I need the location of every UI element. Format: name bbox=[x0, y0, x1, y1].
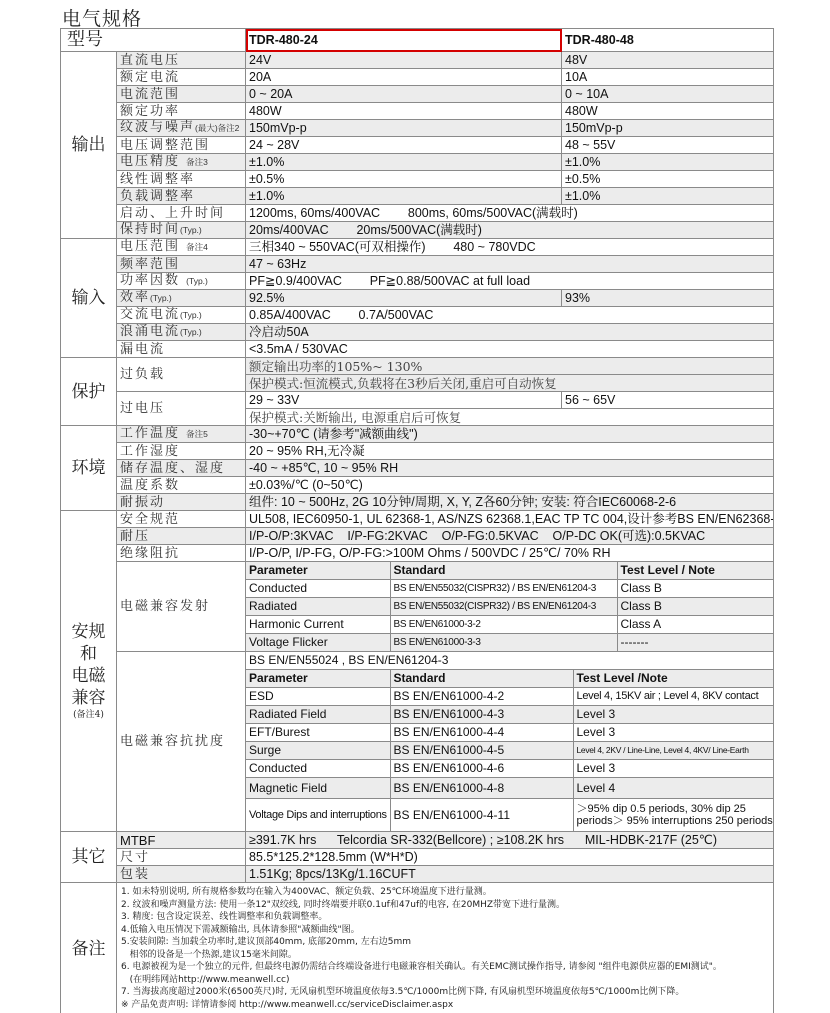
row-label: 线性调整率 bbox=[117, 171, 246, 188]
row-label: 交流电流(Typ.) bbox=[117, 307, 246, 324]
note-line: 6. 电源被视为是一个独立的元件, 但最终电源仍需结合终端设备进行电磁兼容相关确… bbox=[121, 961, 769, 974]
category-others: 其它 bbox=[61, 832, 117, 883]
value-b: 56 ~ 65V bbox=[562, 392, 774, 409]
emc-standard: BS EN/EN61000-4-6 bbox=[390, 760, 573, 778]
value-b: 10A bbox=[562, 69, 774, 86]
emc-level: Class B bbox=[617, 598, 773, 616]
value-b: 48V bbox=[562, 52, 774, 69]
row-note: (最大)备注2 bbox=[195, 123, 239, 133]
emc-standard: BS EN/EN61000-3-3 bbox=[390, 634, 617, 652]
note-line: 5.安装间隙: 当加载全功率时,建议顶部40mm, 底部20mm, 左右边5mm bbox=[121, 936, 769, 949]
emc-row: Radiated Field BS EN/EN61000-4-3 Level 3 bbox=[246, 706, 773, 724]
note-line: 1. 如未特别说明, 所有规格参数均在输入为400VAC、额定负载、25℃环境温… bbox=[121, 886, 769, 899]
row-label: 漏电流 bbox=[117, 341, 246, 358]
emc-row: Voltage Dips and interruptions BS EN/EN6… bbox=[246, 799, 773, 832]
row-label: 过电压 bbox=[117, 392, 246, 426]
note-line: ※ 产品免责声明: 详情请参阅 http://www.meanwell.cc/s… bbox=[121, 999, 769, 1012]
category-notes: 备注 bbox=[61, 883, 117, 1013]
row-label: 电压调整范围 bbox=[117, 137, 246, 154]
value-a: 150mVp-p bbox=[246, 120, 562, 137]
spec-row: 绝缘阻抗 I/P-O/P, I/P-FG, O/P-FG:>100M Ohms … bbox=[61, 545, 774, 562]
row-note: 备注3 bbox=[186, 157, 208, 167]
spec-row: 安规和 电磁 兼容 (备注4) 安全规范 UL508, IEC60950-1, … bbox=[61, 511, 774, 528]
value-a: 24 ~ 28V bbox=[246, 137, 562, 154]
emc-parameter: Radiated Field bbox=[246, 706, 390, 724]
value-shared: 三相340 ~ 550VAC(可双相操作) 480 ~ 780VDC bbox=[246, 239, 774, 256]
emc-level-line: ＞95% dip 0.5 periods, 30% dip 25 bbox=[577, 803, 746, 815]
row-label-text: 工作温度 bbox=[120, 426, 180, 441]
model-b-cell: TDR-480-48 bbox=[562, 29, 774, 52]
emc-row: Voltage Flicker BS EN/EN61000-3-3 ------… bbox=[246, 634, 773, 652]
spec-row: 输入 电压范围 备注4 三相340 ~ 550VAC(可双相操作) 480 ~ … bbox=[61, 239, 774, 256]
category-text: 兼容 bbox=[72, 688, 106, 708]
spec-row: 耐振动 组件: 10 ~ 500Hz, 2G 10分钟/周期, X, Y, Z各… bbox=[61, 494, 774, 511]
spec-row: 储存温度、湿度 -40 ~ +85℃, 10 ~ 95% RH bbox=[61, 460, 774, 477]
row-label: 直流电压 bbox=[117, 52, 246, 69]
emc-parameter: Harmonic Current bbox=[246, 616, 390, 634]
category-safety-emc: 安规和 电磁 兼容 (备注4) bbox=[61, 511, 117, 832]
row-label: 尺寸 bbox=[117, 849, 246, 866]
spec-row: 保持时间(Typ.) 20ms/400VAC 20ms/500VAC(满载时) bbox=[61, 222, 774, 239]
value-b: 0 ~ 10A bbox=[562, 86, 774, 103]
emc-parameter: Conducted bbox=[246, 760, 390, 778]
emc-level: Class B bbox=[617, 580, 773, 598]
emc-parameter: Voltage Flicker bbox=[246, 634, 390, 652]
emc-emission-table-cell: Parameter Standard Test Level / Note Con… bbox=[246, 562, 774, 652]
row-note: (Typ.) bbox=[186, 276, 208, 286]
category-environment: 环境 bbox=[61, 426, 117, 511]
spec-row: 电压精度 备注3 ±1.0% ±1.0% bbox=[61, 154, 774, 171]
value-shared: 20ms/400VAC 20ms/500VAC(满载时) bbox=[246, 222, 774, 239]
emc-parameter: ESD bbox=[246, 688, 390, 706]
value-b: 150mVp-p bbox=[562, 120, 774, 137]
spec-row: 交流电流(Typ.) 0.85A/400VAC 0.7A/500VAC bbox=[61, 307, 774, 324]
emc-level: ------- bbox=[617, 634, 773, 652]
spec-row: 环境 工作温度 备注5 -30~+70℃ (请参考"减额曲线") bbox=[61, 426, 774, 443]
row-label: 电压范围 备注4 bbox=[117, 239, 246, 256]
emc-emission-row: 电磁兼容发射 Parameter Standard Test Level / N… bbox=[61, 562, 774, 652]
emc-immunity-table-cell: BS EN/EN55024 , BS EN/EN61204-3 Paramete… bbox=[246, 652, 774, 832]
value-shared: ±0.03%/℃ (0~50℃) bbox=[246, 477, 774, 494]
emc-standard: BS EN/EN61000-4-5 bbox=[390, 742, 573, 760]
value-a: 480W bbox=[246, 103, 562, 120]
row-label-text: 浪涌电流 bbox=[120, 324, 180, 339]
emc-standard: BS EN/EN55032(CISPR32) / BS EN/EN61204-3 bbox=[390, 580, 617, 598]
spec-row: 启动、上升时间 1200ms, 60ms/400VAC 800ms, 60ms/… bbox=[61, 205, 774, 222]
row-label: 电磁兼容抗扰度 bbox=[117, 652, 246, 832]
value-shared: 1.51Kg; 8pcs/13Kg/1.16CUFT bbox=[246, 866, 774, 883]
emc-header-row: Parameter Standard Test Level /Note bbox=[246, 670, 773, 688]
row-label: 耐振动 bbox=[117, 494, 246, 511]
spec-row: 效率(Typ.) 92.5% 93% bbox=[61, 290, 774, 307]
emc-level-line: periods＞ 95% interruptions 250 periods bbox=[577, 815, 773, 827]
emc-level: ＞95% dip 0.5 periods, 30% dip 25periods＞… bbox=[573, 799, 773, 832]
emc-standard: BS EN/EN61000-4-2 bbox=[390, 688, 573, 706]
spec-row: 负载调整率 ±1.0% ±1.0% bbox=[61, 188, 774, 205]
emc-header-row: Parameter Standard Test Level / Note bbox=[246, 562, 773, 580]
spec-row: 输出 直流电压 24V 48V bbox=[61, 52, 774, 69]
value-a: 29 ~ 33V bbox=[246, 392, 562, 409]
note-line: 4.低输入电压情况下需减额输出, 具体请参照"减额曲线"图。 bbox=[121, 924, 769, 937]
row-label: 工作温度 备注5 bbox=[117, 426, 246, 443]
emc-emission-table: Parameter Standard Test Level / Note Con… bbox=[246, 562, 773, 651]
row-label-text: 功率因数 bbox=[120, 273, 180, 288]
row-label: 储存温度、湿度 bbox=[117, 460, 246, 477]
row-label-text: 纹波与噪声 bbox=[120, 120, 195, 135]
category-protection: 保护 bbox=[61, 358, 117, 426]
row-label: 工作湿度 bbox=[117, 443, 246, 460]
row-label: 效率(Typ.) bbox=[117, 290, 246, 307]
column-header: Parameter bbox=[246, 562, 390, 580]
row-label: 负载调整率 bbox=[117, 188, 246, 205]
emc-row: Conducted BS EN/EN55032(CISPR32) / BS EN… bbox=[246, 580, 773, 598]
row-label: 电流范围 bbox=[117, 86, 246, 103]
emc-parameter: Surge bbox=[246, 742, 390, 760]
value-b: 48 ~ 55V bbox=[562, 137, 774, 154]
value-b: ±1.0% bbox=[562, 154, 774, 171]
row-label: 功率因数 (Typ.) bbox=[117, 273, 246, 290]
emc-row: ESD BS EN/EN61000-4-2 Level 4, 15KV air … bbox=[246, 688, 773, 706]
spec-row: 工作湿度 20 ~ 95% RH,无冷凝 bbox=[61, 443, 774, 460]
emc-parameter: Magnetic Field bbox=[246, 778, 390, 799]
emc-row: Radiated BS EN/EN55032(CISPR32) / BS EN/… bbox=[246, 598, 773, 616]
emc-parameter: EFT/Burest bbox=[246, 724, 390, 742]
value-a: 92.5% bbox=[246, 290, 562, 307]
note-line: 7. 当海拔高度超过2000米(6500英尺)时, 无风扇机型环境温度依每3.5… bbox=[121, 986, 769, 999]
value-shared: 47 ~ 63Hz bbox=[246, 256, 774, 273]
spec-row: 包装 1.51Kg; 8pcs/13Kg/1.16CUFT bbox=[61, 866, 774, 883]
emc-level: Level 4, 15KV air ; Level 4, 8KV contact bbox=[573, 688, 773, 706]
emc-parameter: Voltage Dips and interruptions bbox=[246, 799, 390, 832]
row-note: (Typ.) bbox=[150, 293, 172, 303]
spec-table: 型号 TDR-480-24 TDR-480-48 输出 直流电压 24V 48V… bbox=[60, 28, 774, 1013]
value-shared: <3.5mA / 530VAC bbox=[246, 341, 774, 358]
value-shared: I/P-O/P:3KVAC I/P-FG:2KVAC O/P-FG:0.5KVA… bbox=[246, 528, 774, 545]
value-shared: 组件: 10 ~ 500Hz, 2G 10分钟/周期, X, Y, Z各60分钟… bbox=[246, 494, 774, 511]
emc-level: Level 3 bbox=[573, 760, 773, 778]
spec-row: 耐压 I/P-O/P:3KVAC I/P-FG:2KVAC O/P-FG:0.5… bbox=[61, 528, 774, 545]
notes-row: 备注 1. 如未特别说明, 所有规格参数均在输入为400VAC、额定负载、25℃… bbox=[61, 883, 774, 1013]
value-shared: 0.85A/400VAC 0.7A/500VAC bbox=[246, 307, 774, 324]
spec-row: 额定功率 480W 480W bbox=[61, 103, 774, 120]
value-shared: -30~+70℃ (请参考"减额曲线") bbox=[246, 426, 774, 443]
value-a: ±1.0% bbox=[246, 188, 562, 205]
notes-content: 1. 如未特别说明, 所有规格参数均在输入为400VAC、额定负载、25℃环境温… bbox=[117, 883, 774, 1013]
emc-standard: BS EN/EN61000-4-11 bbox=[390, 799, 573, 832]
row-label: 电压精度 备注3 bbox=[117, 154, 246, 171]
row-note: (Typ.) bbox=[180, 327, 202, 337]
value-b: ±1.0% bbox=[562, 188, 774, 205]
page-title: 电气规格 bbox=[62, 4, 142, 31]
spec-row: 频率范围 47 ~ 63Hz bbox=[61, 256, 774, 273]
model-header-row: 型号 TDR-480-24 TDR-480-48 bbox=[61, 29, 774, 52]
note-line: 3. 精度: 包含设定误差、线性调整率和负载调整率。 bbox=[121, 911, 769, 924]
row-label: 安全规范 bbox=[117, 511, 246, 528]
emc-level: Level 4, 2KV / Line-Line, Level 4, 4KV/ … bbox=[573, 742, 773, 760]
spec-row: 其它 MTBF ≥391.7K hrs Telcordia SR-332(Bel… bbox=[61, 832, 774, 849]
spec-row: 功率因数 (Typ.) PF≧0.9/400VAC PF≧0.88/500VAC… bbox=[61, 273, 774, 290]
row-label: 过负载 bbox=[117, 358, 246, 392]
note-line: (在明纬网站http://www.meanwell.cc) bbox=[121, 974, 769, 987]
row-label: MTBF bbox=[117, 832, 246, 849]
row-label: 包装 bbox=[117, 866, 246, 883]
row-label: 频率范围 bbox=[117, 256, 246, 273]
row-label: 保持时间(Typ.) bbox=[117, 222, 246, 239]
row-note: (Typ.) bbox=[180, 225, 202, 235]
value-shared: PF≧0.9/400VAC PF≧0.88/500VAC at full loa… bbox=[246, 273, 774, 290]
row-label-text: 交流电流 bbox=[120, 307, 180, 322]
spec-row: 保护 过负载 额定输出功率的105%~ 130% bbox=[61, 358, 774, 375]
emc-standard-line: BS EN/EN55024 , BS EN/EN61204-3 bbox=[246, 652, 773, 670]
category-input: 输入 bbox=[61, 239, 117, 358]
value-shared: 20 ~ 95% RH,无冷凝 bbox=[246, 443, 774, 460]
emc-immunity-table: BS EN/EN55024 , BS EN/EN61204-3 Paramete… bbox=[246, 652, 773, 831]
emc-standard-row: BS EN/EN55024 , BS EN/EN61204-3 bbox=[246, 652, 773, 670]
value-shared: UL508, IEC60950-1, UL 62368-1, AS/NZS 62… bbox=[246, 511, 774, 528]
row-note: 备注5 bbox=[186, 429, 208, 439]
row-label-text: 效率 bbox=[120, 290, 150, 305]
row-label: 浪涌电流(Typ.) bbox=[117, 324, 246, 341]
row-label-text: 电压范围 bbox=[120, 239, 180, 254]
value-b: 93% bbox=[562, 290, 774, 307]
column-header: Standard bbox=[390, 562, 617, 580]
category-text: 电磁 bbox=[72, 666, 106, 686]
row-label: 纹波与噪声(最大)备注2 bbox=[117, 120, 246, 137]
emc-parameter: Conducted bbox=[246, 580, 390, 598]
row-label: 启动、上升时间 bbox=[117, 205, 246, 222]
value-shared: I/P-O/P, I/P-FG, O/P-FG:>100M Ohms / 500… bbox=[246, 545, 774, 562]
row-label: 额定电流 bbox=[117, 69, 246, 86]
emc-standard: BS EN/EN61000-4-8 bbox=[390, 778, 573, 799]
spec-row: 漏电流 <3.5mA / 530VAC bbox=[61, 341, 774, 358]
value-b: 480W bbox=[562, 103, 774, 120]
emc-row: Harmonic Current BS EN/EN61000-3-2 Class… bbox=[246, 616, 773, 634]
row-label: 电磁兼容发射 bbox=[117, 562, 246, 652]
value-a: ±1.0% bbox=[246, 154, 562, 171]
category-note: (备注4) bbox=[64, 709, 113, 721]
spec-row: 温度系数 ±0.03%/℃ (0~50℃) bbox=[61, 477, 774, 494]
value-a: ±0.5% bbox=[246, 171, 562, 188]
row-label-text: 电压精度 bbox=[120, 154, 180, 169]
spec-row: 电流范围 0 ~ 20A 0 ~ 10A bbox=[61, 86, 774, 103]
emc-level: Level 3 bbox=[573, 724, 773, 742]
emc-row: Magnetic Field BS EN/EN61000-4-8 Level 4 bbox=[246, 778, 773, 799]
spec-row: 浪涌电流(Typ.) 冷启动50A bbox=[61, 324, 774, 341]
row-label-text: 保持时间 bbox=[120, 222, 180, 237]
spec-row: 线性调整率 ±0.5% ±0.5% bbox=[61, 171, 774, 188]
emc-parameter: Radiated bbox=[246, 598, 390, 616]
column-header: Standard bbox=[390, 670, 573, 688]
row-note: 备注4 bbox=[186, 242, 208, 252]
row-label: 温度系数 bbox=[117, 477, 246, 494]
value-a: 0 ~ 20A bbox=[246, 86, 562, 103]
category-output: 输出 bbox=[61, 52, 117, 239]
emc-row: Surge BS EN/EN61000-4-5 Level 4, 2KV / L… bbox=[246, 742, 773, 760]
emc-immunity-row: 电磁兼容抗扰度 BS EN/EN55024 , BS EN/EN61204-3 … bbox=[61, 652, 774, 832]
emc-level: Level 3 bbox=[573, 706, 773, 724]
row-label: 绝缘阻抗 bbox=[117, 545, 246, 562]
row-label: 额定功率 bbox=[117, 103, 246, 120]
row-note: (Typ.) bbox=[180, 310, 202, 320]
note-line: 相邻的设备是一个热源,建议15毫米间隙。 bbox=[121, 949, 769, 962]
emc-row: Conducted BS EN/EN61000-4-6 Level 3 bbox=[246, 760, 773, 778]
emc-standard: BS EN/EN61000-3-2 bbox=[390, 616, 617, 634]
note-line: 2. 纹波和噪声测量方法: 使用一条12"双绞线, 同时终端要并联0.1uf和4… bbox=[121, 899, 769, 912]
emc-standard: BS EN/EN61000-4-3 bbox=[390, 706, 573, 724]
model-label: 型号 bbox=[61, 29, 246, 52]
value-shared: ≥391.7K hrs Telcordia SR-332(Bellcore) ;… bbox=[246, 832, 774, 849]
emc-row: EFT/Burest BS EN/EN61000-4-4 Level 3 bbox=[246, 724, 773, 742]
value-shared: 85.5*125.2*128.5mm (W*H*D) bbox=[246, 849, 774, 866]
spec-row: 电压调整范围 24 ~ 28V 48 ~ 55V bbox=[61, 137, 774, 154]
spec-row: 尺寸 85.5*125.2*128.5mm (W*H*D) bbox=[61, 849, 774, 866]
emc-level: Class A bbox=[617, 616, 773, 634]
emc-standard: BS EN/EN61000-4-4 bbox=[390, 724, 573, 742]
spec-row: 过电压 29 ~ 33V 56 ~ 65V bbox=[61, 392, 774, 409]
spec-row: 额定电流 20A 10A bbox=[61, 69, 774, 86]
value-shared: 保护模式:关断输出, 电源重启后可恢复 bbox=[246, 409, 774, 426]
value-shared: 额定输出功率的105%~ 130% bbox=[246, 358, 774, 375]
value-shared: 1200ms, 60ms/400VAC 800ms, 60ms/500VAC(满… bbox=[246, 205, 774, 222]
spec-row: 纹波与噪声(最大)备注2 150mVp-p 150mVp-p bbox=[61, 120, 774, 137]
row-label: 耐压 bbox=[117, 528, 246, 545]
value-shared: 冷启动50A bbox=[246, 324, 774, 341]
category-text: 安规和 bbox=[72, 622, 106, 664]
column-header: Test Level /Note bbox=[573, 670, 773, 688]
value-b: ±0.5% bbox=[562, 171, 774, 188]
value-a: 20A bbox=[246, 69, 562, 86]
value-shared: 保护模式:恒流模式,负载将在3秒后关闭,重启可自动恢复 bbox=[246, 375, 774, 392]
column-header: Test Level / Note bbox=[617, 562, 773, 580]
value-shared: -40 ~ +85℃, 10 ~ 95% RH bbox=[246, 460, 774, 477]
emc-standard: BS EN/EN55032(CISPR32) / BS EN/EN61204-3 bbox=[390, 598, 617, 616]
model-a-cell[interactable]: TDR-480-24 bbox=[246, 29, 562, 52]
column-header: Parameter bbox=[246, 670, 390, 688]
value-a: 24V bbox=[246, 52, 562, 69]
emc-level: Level 4 bbox=[573, 778, 773, 799]
